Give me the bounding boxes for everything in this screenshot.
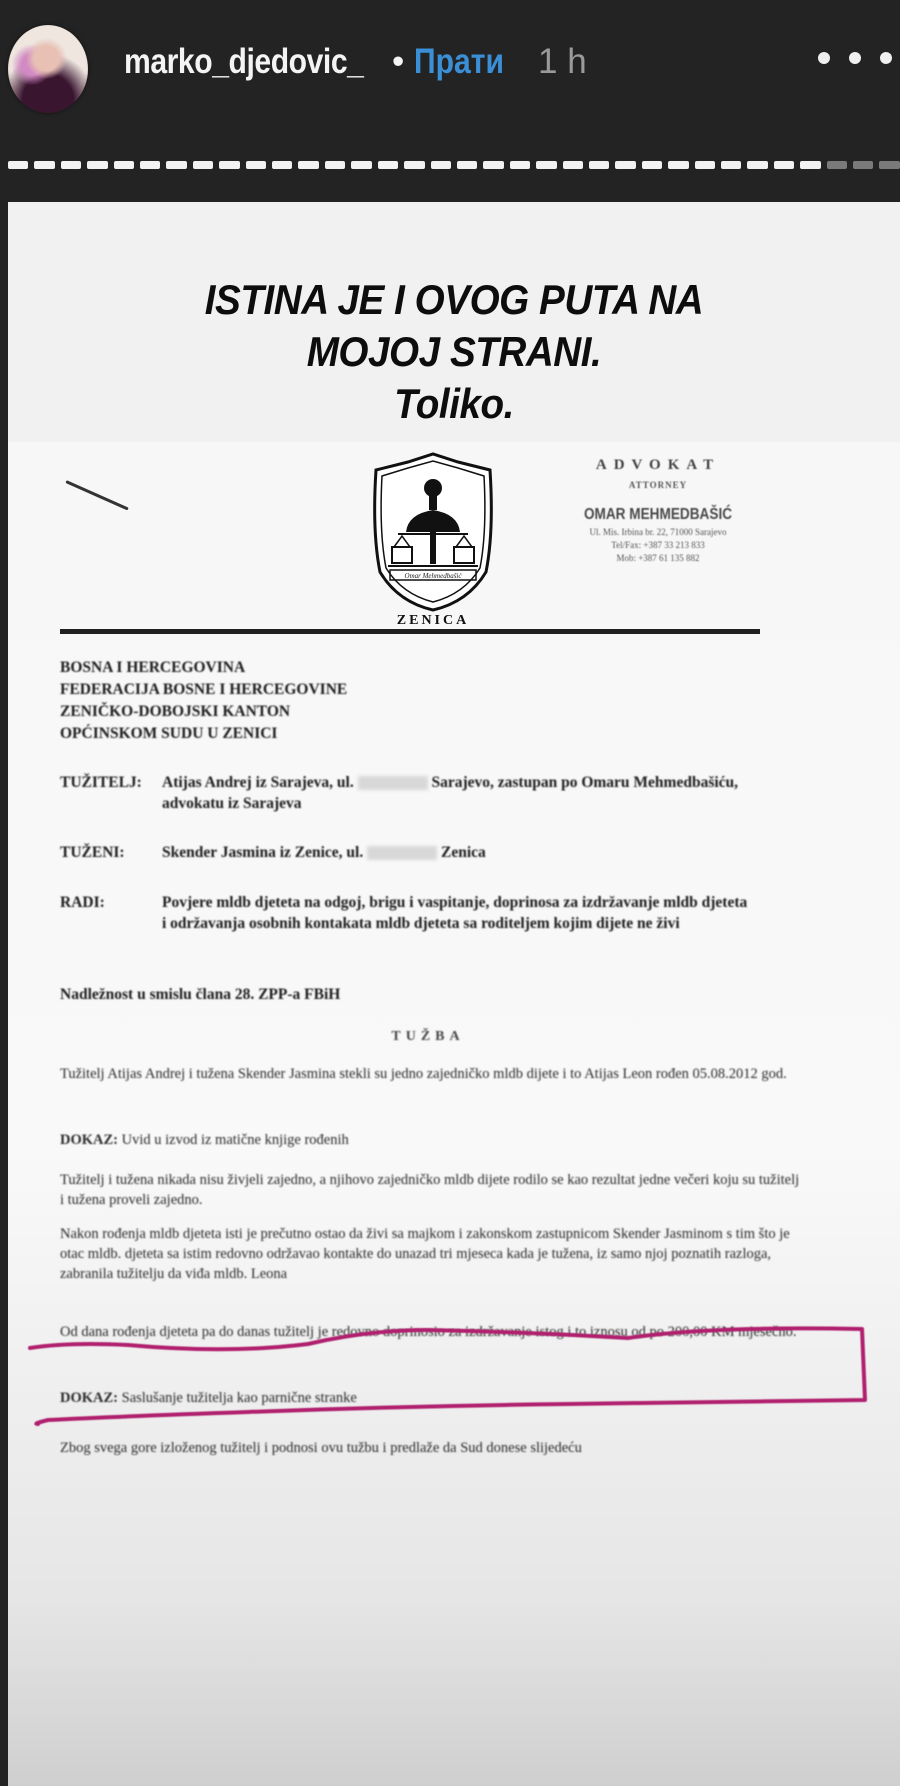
avatar[interactable]: [8, 25, 88, 113]
paragraph: Od dana rođenja djeteta pa do danas tuži…: [60, 1322, 800, 1342]
contact-line: Mob: +387 61 135 882: [538, 553, 778, 563]
separator-dot: •: [392, 42, 404, 82]
progress-segment: [325, 161, 345, 169]
progress-segment: [193, 161, 213, 169]
story-header: marko_djedovic_ • Прати 1 h: [0, 0, 900, 150]
letterhead-subtitle: ATTORNEY: [538, 480, 778, 490]
progress-segment: [800, 161, 820, 169]
progress-segment: [747, 161, 767, 169]
progress-segment: [87, 161, 107, 169]
party-value: Povjere mldb djeteta na odgoj, brigu i v…: [162, 892, 752, 934]
follow-button[interactable]: Прати: [414, 42, 504, 82]
progress-segment: [34, 161, 54, 169]
story-progress-bar: [8, 161, 900, 171]
progress-segment: [246, 161, 266, 169]
court-line: BOSNA I HERCEGOVINA: [60, 657, 347, 679]
svg-text:Omar Mehmedbašić: Omar Mehmedbašić: [405, 572, 463, 580]
letterhead: ADVOKAT ATTORNEY OMAR MEHMEDBAŠIĆ Ul. Mi…: [538, 457, 778, 563]
progress-segment: [853, 161, 873, 169]
letterhead-title: ADVOKAT: [538, 457, 778, 474]
progress-segment: [166, 161, 186, 169]
party-label: RADI:: [60, 892, 105, 913]
progress-segment: [774, 161, 794, 169]
court-line: OPĆINSKOM SUDU U ZENICI: [60, 723, 347, 745]
document-heading: TUŽBA: [38, 1029, 818, 1045]
progress-segment: [351, 161, 371, 169]
caption-line: Toliko.: [44, 378, 865, 430]
more-options-icon[interactable]: [812, 38, 898, 78]
progress-segment: [272, 161, 292, 169]
progress-segment: [431, 161, 451, 169]
contact-line: Ul. Mis. Irbina br. 22, 71000 Sarajevo: [538, 527, 778, 537]
party-label: TUŽENI:: [60, 842, 125, 863]
caption-line: ISTINA JE I OVOG PUTA NA: [44, 274, 865, 326]
paragraph: Tužitelj Atijas Andrej i tužena Skender …: [60, 1064, 800, 1084]
story-content: ISTINA JE I OVOG PUTA NA MOJOJ STRANI. T…: [8, 202, 900, 1786]
highlighted-paragraph: Tužitelj i tužena nikada nisu živjeli za…: [60, 1170, 800, 1210]
username-link[interactable]: marko_djedovic_: [124, 42, 363, 82]
party-plaintiff: TUŽITELJ: Atijas Andrej iz Sarajeva, ul.…: [60, 772, 800, 822]
court-address: BOSNA I HERCEGOVINA FEDERACIJA BOSNE I H…: [60, 657, 347, 745]
progress-segment: [457, 161, 477, 169]
progress-segment: [695, 161, 715, 169]
progress-segment: [721, 161, 741, 169]
progress-segment: [8, 161, 28, 169]
party-value: Atijas Andrej iz Sarajeva, ul. Sarajevo,…: [162, 772, 752, 814]
progress-segment: [615, 161, 635, 169]
progress-segment: [642, 161, 662, 169]
progress-segment: [879, 161, 899, 169]
progress-segment: [483, 161, 503, 169]
letterhead-rule: [60, 629, 760, 634]
progress-segment: [219, 161, 239, 169]
party-label: TUŽITELJ:: [60, 772, 142, 793]
evidence-paragraph: DOKAZ: Uvid u izvod iz matične knjige ro…: [60, 1130, 800, 1150]
caption-line: MOJOJ STRANI.: [44, 326, 865, 378]
story-caption: ISTINA JE I OVOG PUTA NA MOJOJ STRANI. T…: [8, 274, 900, 430]
progress-segment: [510, 161, 530, 169]
party-defendant: TUŽENI: Skender Jasmina iz Zenice, ul. Z…: [60, 842, 800, 866]
timestamp: 1 h: [538, 42, 587, 82]
jurisdiction: Nadležnost u smislu člana 28. ZPP-a FBiH: [60, 984, 340, 1005]
progress-segment: [61, 161, 81, 169]
attorney-name: OMAR MEHMEDBAŠIĆ: [556, 506, 760, 524]
contact-line: Tel/Fax: +387 33 213 833: [538, 540, 778, 550]
progress-segment: [140, 161, 160, 169]
lawyer-crest-icon: Omar Mehmedbašić ZENICA: [368, 452, 498, 627]
progress-segment: [668, 161, 688, 169]
party-value: Skender Jasmina iz Zenice, ul. Zenica: [162, 842, 752, 863]
redacted-address: [358, 776, 428, 790]
progress-segment: [563, 161, 583, 169]
court-line: ZENIČKO-DOBOJSKI KANTON: [60, 701, 347, 723]
court-line: FEDERACIJA BOSNE I HERCEGOVINE: [60, 679, 347, 701]
pen-mark: [65, 480, 128, 510]
progress-segment: [827, 161, 847, 169]
progress-segment: [378, 161, 398, 169]
redacted-address: [367, 846, 437, 860]
progress-segment: [114, 161, 134, 169]
progress-segment: [298, 161, 318, 169]
progress-segment: [404, 161, 424, 169]
svg-text:ZENICA: ZENICA: [397, 613, 469, 627]
evidence-paragraph: DOKAZ: Saslušanje tužitelja kao parnične…: [60, 1388, 800, 1408]
progress-segment: [589, 161, 609, 169]
progress-segment: [536, 161, 556, 169]
paragraph: Zbog svega gore izloženog tužitelj i pod…: [60, 1438, 800, 1458]
paragraph: Nakon rođenja mldb djeteta isti je preču…: [60, 1224, 800, 1284]
party-subject: RADI: Povjere mldb djeteta na odgoj, bri…: [60, 892, 800, 962]
